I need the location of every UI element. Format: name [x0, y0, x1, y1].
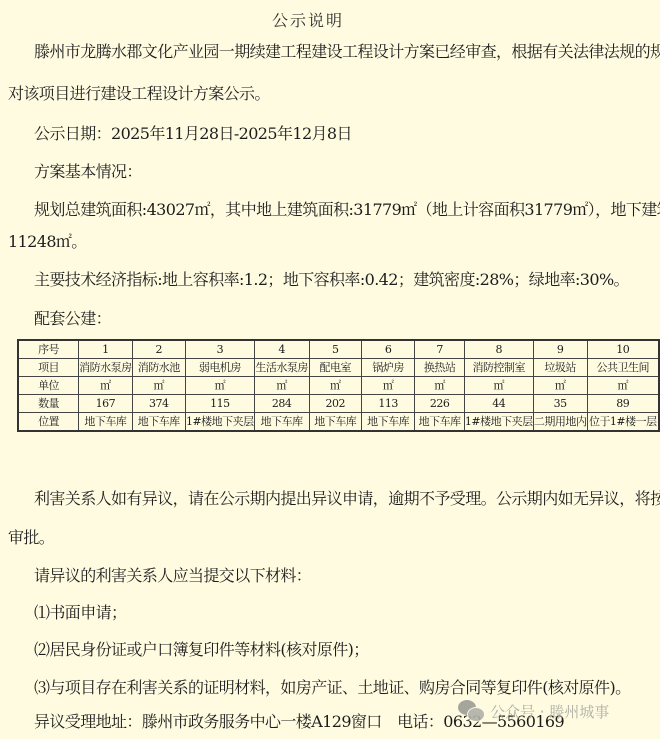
table-cell: ㎡	[533, 377, 587, 395]
area-line2: 11248㎡。	[8, 232, 87, 252]
table-cell: 3	[185, 340, 254, 359]
table-cell: 弱电机房	[185, 359, 254, 377]
table-cell: ㎡	[415, 377, 465, 395]
watermark-text: 公众号 · 滕州城事	[490, 701, 609, 722]
publicity-date: 公示日期：2025年11月28日-2025年12月8日	[34, 124, 352, 144]
table-cell: 垃圾站	[533, 359, 587, 377]
row-label: 序号	[18, 340, 79, 359]
objection-paragraph-line1: 利害关系人如有异议，请在公示期内提出异议申请，逾期不予受理。公示期内如无异议，将…	[34, 489, 660, 509]
table-cell: 226	[415, 395, 465, 413]
intro-paragraph-line1: 滕州市龙腾水郡文化产业园一期续建工程建设工程设计方案已经审查，根据有关法律法规的…	[34, 42, 660, 62]
table-cell: 位于1#楼一层	[587, 413, 659, 432]
table-cell: 89	[587, 395, 659, 413]
table-cell: 8	[464, 340, 533, 359]
table-cell: 10	[587, 340, 659, 359]
table-row-unit: 单位 ㎡ ㎡ ㎡ ㎡ ㎡ ㎡ ㎡ ㎡ ㎡ ㎡	[18, 377, 659, 395]
table-row-item: 项目 消防水泵房 消防水池 弱电机房 生活水泵房 配电室 锅炉房 换热站 消防控…	[18, 359, 659, 377]
table-cell: 1	[79, 340, 133, 359]
material-item-1: ⑴书面申请；	[34, 603, 126, 623]
table-cell: 4	[254, 340, 309, 359]
table-cell: 5	[309, 340, 361, 359]
table-cell: ㎡	[464, 377, 533, 395]
table-row-quantity: 数量 167 374 115 284 202 113 226 44 35 89	[18, 395, 659, 413]
table-cell: ㎡	[132, 377, 185, 395]
plan-heading: 方案基本情况：	[34, 162, 142, 182]
table-cell: 换热站	[415, 359, 465, 377]
table-cell: 配电室	[309, 359, 361, 377]
technical-indicators: 主要技术经济指标:地上容积率:1.2；地下容积率:0.42；建筑密度:28%；绿…	[34, 270, 629, 290]
area-line1: 规划总建筑面积:43027㎡，其中地上建筑面积:31779㎡（地上计容面积317…	[34, 200, 660, 220]
watermark: 公众号 · 滕州城事	[458, 700, 609, 722]
table-cell: 115	[185, 395, 254, 413]
material-item-2: ⑵居民身份证或户口簿复印件等材料(核对原件)；	[34, 640, 369, 660]
table-row-location: 位置 地下车库 地下车库 1#楼地下夹层 地下车库 地下车库 地下车库 地下车库…	[18, 413, 659, 432]
table-cell: 消防控制室	[464, 359, 533, 377]
page-title: 公示说明	[272, 11, 344, 31]
material-item-3: ⑶与项目存在利害关系的证明材料，如房产证、土地证、购房合同等复印件(核对原件)。	[34, 678, 631, 698]
table-cell: 锅炉房	[362, 359, 415, 377]
table-cell: 35	[533, 395, 587, 413]
table-cell: 二期用地内	[533, 413, 587, 432]
table-cell: 消防水池	[132, 359, 185, 377]
table-cell: ㎡	[587, 377, 659, 395]
intro-paragraph-line2: 对该项目进行建设工程设计方案公示。	[8, 84, 270, 104]
table-cell: 地下车库	[415, 413, 465, 432]
table-cell: 284	[254, 395, 309, 413]
table-cell: 167	[79, 395, 133, 413]
table-cell: 生活水泵房	[254, 359, 309, 377]
table-cell: ㎡	[254, 377, 309, 395]
table-cell: 9	[533, 340, 587, 359]
table-cell: ㎡	[309, 377, 361, 395]
facilities-heading: 配套公建：	[34, 309, 111, 329]
objection-paragraph-line2: 审批。	[8, 528, 54, 548]
table-cell: 113	[362, 395, 415, 413]
table-cell: 202	[309, 395, 361, 413]
table-cell: 6	[362, 340, 415, 359]
table-cell: 44	[464, 395, 533, 413]
table-cell: 7	[415, 340, 465, 359]
table-cell: 地下车库	[309, 413, 361, 432]
table-cell: ㎡	[79, 377, 133, 395]
table-cell: 地下车库	[254, 413, 309, 432]
table-cell: 地下车库	[79, 413, 133, 432]
row-label: 单位	[18, 377, 79, 395]
facilities-table: 序号 1 2 3 4 5 6 7 8 9 10 项目 消防水泵房 消防水池 弱电…	[17, 339, 660, 432]
row-label: 位置	[18, 413, 79, 432]
wechat-icon	[458, 700, 484, 722]
table-cell: 地下车库	[362, 413, 415, 432]
table-row-number: 序号 1 2 3 4 5 6 7 8 9 10	[18, 340, 659, 359]
table-cell: 1#楼地下夹层	[464, 413, 533, 432]
table-cell: 1#楼地下夹层	[185, 413, 254, 432]
materials-heading: 请异议的利害关系人应当提交以下材料：	[34, 566, 311, 586]
row-label: 项目	[18, 359, 79, 377]
table-cell: 消防水泵房	[79, 359, 133, 377]
table-cell: 公共卫生间	[587, 359, 659, 377]
table-cell: ㎡	[362, 377, 415, 395]
table-cell: ㎡	[185, 377, 254, 395]
row-label: 数量	[18, 395, 79, 413]
table-cell: 374	[132, 395, 185, 413]
table-cell: 地下车库	[132, 413, 185, 432]
table-cell: 2	[132, 340, 185, 359]
